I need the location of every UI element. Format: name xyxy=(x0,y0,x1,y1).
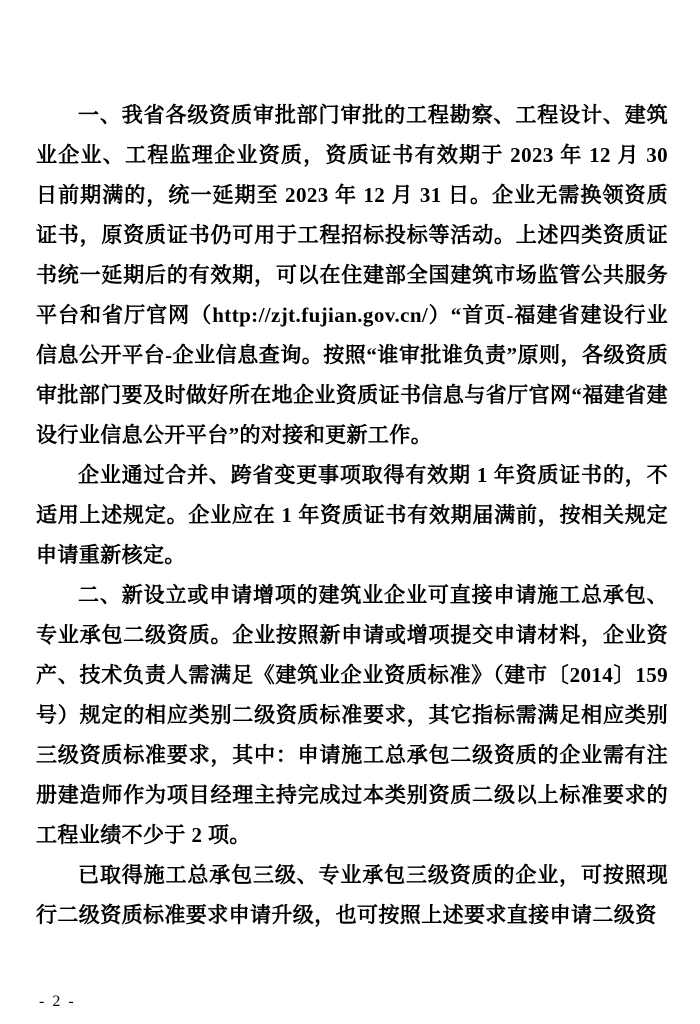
body-paragraph-4: 已取得施工总承包三级、专业承包三级资质的企业，可按照现行二级资质标准要求申请升级… xyxy=(36,855,668,935)
document-page: 一、我省各级资质审批部门审批的工程勘察、工程设计、建筑业企业、工程监理企业资质，… xyxy=(0,0,700,1024)
document-body: 一、我省各级资质审批部门审批的工程勘察、工程设计、建筑业企业、工程监理企业资质，… xyxy=(36,95,668,935)
body-paragraph-1: 一、我省各级资质审批部门审批的工程勘察、工程设计、建筑业企业、工程监理企业资质，… xyxy=(36,95,668,455)
page-number: - 2 - xyxy=(39,993,76,1011)
body-paragraph-2: 企业通过合并、跨省变更事项取得有效期 1 年资质证书的，不适用上述规定。企业应在… xyxy=(36,455,668,575)
body-paragraph-3: 二、新设立或申请增项的建筑业企业可直接申请施工总承包、专业承包二级资质。企业按照… xyxy=(36,575,668,855)
